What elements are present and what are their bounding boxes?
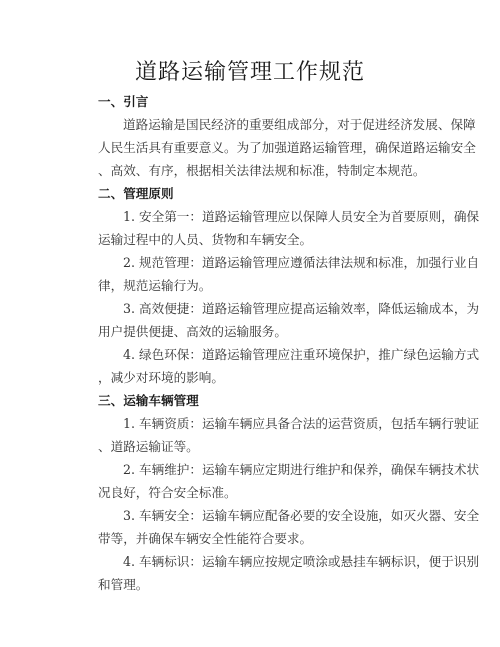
paragraph-line: 律，规范运输行为。 (73, 274, 419, 297)
paragraph-line: ，减少对环境的影响。 (73, 366, 419, 389)
paragraph-line: 2. 规范管理：道路运输管理应遵循法律法规和标准，加强行业自 (73, 251, 419, 274)
section-heading-vehicle-management: 三、运输车辆管理 (73, 389, 419, 412)
paragraph-line: 3. 车辆安全：运输车辆应配备必要的安全设施，如灭火器、安全 (73, 504, 419, 527)
document-page: 道路运输管理工作规范 一、引言 道路运输是国民经济的重要组成部分，对于促进经济发… (0, 0, 500, 647)
paragraph-line: 、道路运输证等。 (73, 435, 419, 458)
paragraph-line: 带等，并确保车辆安全性能符合要求。 (73, 527, 419, 550)
paragraph-line: 道路运输是国民经济的重要组成部分，对于促进经济发展、保障 (73, 113, 419, 136)
list-item-principle-4: 4. 绿色环保：道路运输管理应注重环境保护，推广绿色运输方式 ，减少对环境的影响… (73, 343, 419, 389)
paragraph-line: 3. 高效便捷：道路运输管理应提高运输效率，降低运输成本，为 (73, 297, 419, 320)
list-item-vehicle-2: 2. 车辆维护：运输车辆应定期进行维护和保养，确保车辆技术状 况良好，符合安全标… (73, 458, 419, 504)
paragraph-line: 4. 绿色环保：道路运输管理应注重环境保护，推广绿色运输方式 (73, 343, 419, 366)
paragraph-line: 1. 车辆资质：运输车辆应具备合法的运营资质，包括车辆行驶证 (73, 412, 419, 435)
paragraph-line: 、高效、有序，根据相关法律法规和标准，特制定本规范。 (73, 159, 419, 182)
paragraph-line: 2. 车辆维护：运输车辆应定期进行维护和保养，确保车辆技术状 (73, 458, 419, 481)
paragraph-line: 用户提供便捷、高效的运输服务。 (73, 320, 419, 343)
paragraph-line: 和管理。 (73, 573, 419, 596)
paragraph-line: 4. 车辆标识：运输车辆应按规定喷涂或悬挂车辆标识，便于识别 (73, 550, 419, 573)
list-item-vehicle-1: 1. 车辆资质：运输车辆应具备合法的运营资质，包括车辆行驶证 、道路运输证等。 (73, 412, 419, 458)
document-title: 道路运输管理工作规范 (0, 58, 500, 88)
paragraph-introduction: 道路运输是国民经济的重要组成部分，对于促进经济发展、保障 人民生活具有重要意义。… (73, 113, 419, 182)
section-heading-introduction: 一、引言 (73, 90, 419, 113)
list-item-vehicle-4: 4. 车辆标识：运输车辆应按规定喷涂或悬挂车辆标识，便于识别 和管理。 (73, 550, 419, 596)
list-item-principle-2: 2. 规范管理：道路运输管理应遵循法律法规和标准，加强行业自 律，规范运输行为。 (73, 251, 419, 297)
paragraph-line: 人民生活具有重要意义。为了加强道路运输管理，确保道路运输安全 (73, 136, 419, 159)
list-item-vehicle-3: 3. 车辆安全：运输车辆应配备必要的安全设施，如灭火器、安全 带等，并确保车辆安… (73, 504, 419, 550)
list-item-principle-3: 3. 高效便捷：道路运输管理应提高运输效率，降低运输成本，为 用户提供便捷、高效… (73, 297, 419, 343)
document-body: 一、引言 道路运输是国民经济的重要组成部分，对于促进经济发展、保障 人民生活具有… (73, 90, 419, 596)
paragraph-line: 况良好，符合安全标准。 (73, 481, 419, 504)
section-heading-principles: 二、管理原则 (73, 182, 419, 205)
paragraph-line: 运输过程中的人员、货物和车辆安全。 (73, 228, 419, 251)
list-item-principle-1: 1. 安全第一：道路运输管理应以保障人员安全为首要原则，确保 运输过程中的人员、… (73, 205, 419, 251)
paragraph-line: 1. 安全第一：道路运输管理应以保障人员安全为首要原则，确保 (73, 205, 419, 228)
